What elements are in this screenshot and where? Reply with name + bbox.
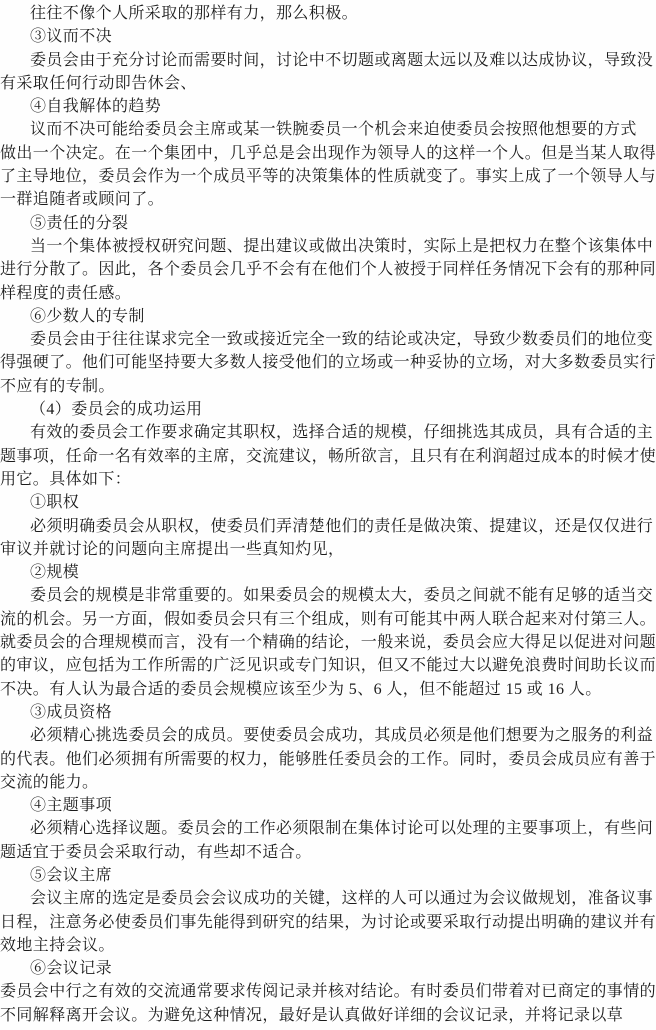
document-page: 往往不像个人所采取的那样有力，那么积极。③议而不决委员会由于充分讨论而需要时间，… (0, 0, 656, 1030)
text-line: ①职权 (0, 491, 656, 514)
text-line: ③议而不决 (0, 25, 656, 48)
text-line: 不同解释离开会议。为避免这种情况，最好是认真做好详细的会议记录，并将记录以草 (0, 1004, 656, 1027)
text-line: 进行分散了。因此，各个委员会几乎不会有在他们个人被授于同样任务情况下会有的那种同 (0, 258, 656, 281)
text-line: ⑤责任的分裂 (0, 212, 656, 235)
text-line: 的审议，应包括为工作所需的广泛见识或专门知识，但又不能过大以避免浪费时间助长议而 (0, 654, 656, 677)
text-line: ④主题事项 (0, 794, 656, 817)
text-line: ⑤会议主席 (0, 864, 656, 887)
text-line: 必须精心选择议题。委员会的工作必须限制在集体讨论可以处理的主要事项上，有些问 (0, 817, 656, 840)
text-line: ⑥会议记录 (0, 957, 656, 980)
text-line: 议而不决可能给委员会主席或某一铁腕委员一个机会来迫使委员会按照他想要的方式 (0, 118, 656, 141)
text-line: 当一个集体被授权研究问题、提出建议或做出决策时，实际上是把权力在整个该集体中 (0, 235, 656, 258)
text-line: 委员会由于往往谋求完全一致或接近完全一致的结论或决定，导致少数委员们的地位变 (0, 328, 656, 351)
text-line: 用它。具体如下： (0, 468, 656, 491)
text-line: 交流的能力。 (0, 771, 656, 794)
text-line: 一群追随者或顾问了。 (0, 188, 656, 211)
text-line: 做出一个决定。在一个集团中，几乎总是会出现作为领导人的这样一个人。但是当某人取得 (0, 142, 656, 165)
text-line: 会议主席的选定是委员会会议成功的关键，这样的人可以通过为会议做规划，准备议事 (0, 887, 656, 910)
text-line: 题事项，任命一名有效率的主席，交流建议，畅所欲言，且只有在利润超过成本的时候才使 (0, 445, 656, 468)
text-line: 题适宜于委员会采取行动，有些却不适合。 (0, 841, 656, 864)
text-line: 有采取任何行动即告休会、 (0, 72, 656, 95)
text-line: 不决。有人认为最合适的委员会规模应该至少为 5、6 人，但不能超过 15 或 1… (0, 678, 656, 701)
text-line: 样程度的责任感。 (0, 282, 656, 305)
text-line: ③成员资格 (0, 701, 656, 724)
text-line: ⑥少数人的专制 (0, 305, 656, 328)
text-line: 委员会的规模是非常重要的。如果委员会的规模太大，委员之间就不能有足够的适当交 (0, 584, 656, 607)
text-line: 必须精心挑选委员会的成员。要使委员会成功，其成员必须是他们想要为之服务的利益 (0, 724, 656, 747)
text-line: 委员会由于充分讨论而需要时间，讨论中不切题或离题太远以及难以达成协议，导致没 (0, 49, 656, 72)
text-line: 就委员会的合理规模而言，没有一个精确的结论，一般来说，委员会应大得足以促进对问题 (0, 631, 656, 654)
text-line: 日程，注意务必使委员们事先能得到研究的结果，为讨论或要采取行动提出明确的建议并有 (0, 911, 656, 934)
document-body: 往往不像个人所采取的那样有力，那么积极。③议而不决委员会由于充分讨论而需要时间，… (0, 2, 656, 1027)
text-line: 了主导地位，委员会作为一个成员平等的决策集体的性质就变了。事实上成了一个领导人与 (0, 165, 656, 188)
text-line: 委员会中行之有效的交流通常要求传阅记录并核对结论。有时委员们带着对已商定的事情的 (0, 980, 656, 1003)
text-line: 审议并就讨论的问题向主席提出一些真知灼见， (0, 538, 656, 561)
text-line: 效地主持会议。 (0, 934, 656, 957)
text-line: 的代表。他们必须拥有所需要的权力，能够胜任委员会的工作。同时，委员会成员应有善于 (0, 748, 656, 771)
text-line: 流的机会。另一方面，假如委员会只有三个组成，则有可能其中两人联合起来对付第三人。 (0, 608, 656, 631)
text-line: 得强硬了。他们可能坚持要大多数人接受他们的立场或一种妥协的立场，对大多数委员实行 (0, 351, 656, 374)
text-line: 不应有的专制。 (0, 375, 656, 398)
text-line: ②规模 (0, 561, 656, 584)
text-line: （4）委员会的成功运用 (0, 398, 656, 421)
text-line: 往往不像个人所采取的那样有力，那么积极。 (0, 2, 656, 25)
text-line: 有效的委员会工作要求确定其职权，选择合适的规模，仔细挑选其成员，具有合适的主 (0, 421, 656, 444)
text-line: ④自我解体的趋势 (0, 95, 656, 118)
text-line: 必须明确委员会从职权，使委员们弄清楚他们的责任是做决策、提建议，还是仅仅进行 (0, 515, 656, 538)
